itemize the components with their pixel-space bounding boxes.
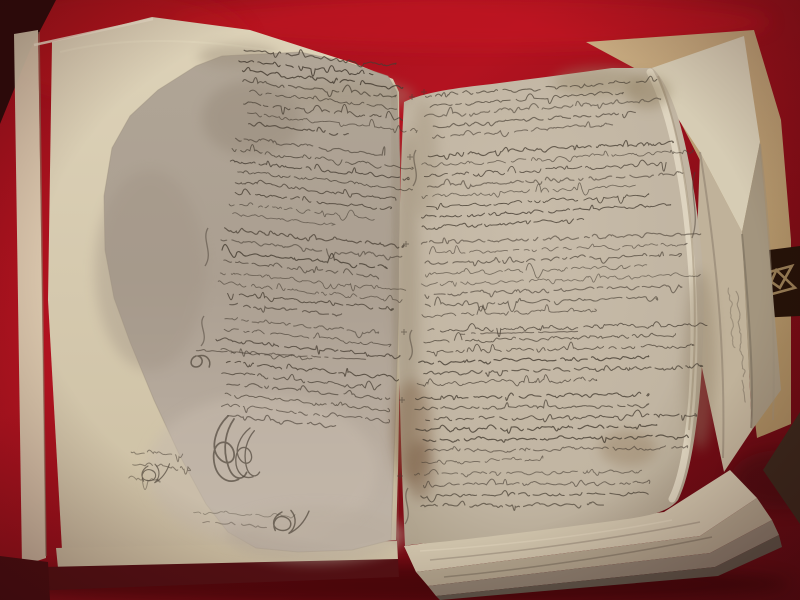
manuscript-photo-svg	[0, 0, 800, 600]
manuscript-photograph	[0, 0, 800, 600]
vignette-overlay	[0, 0, 800, 600]
